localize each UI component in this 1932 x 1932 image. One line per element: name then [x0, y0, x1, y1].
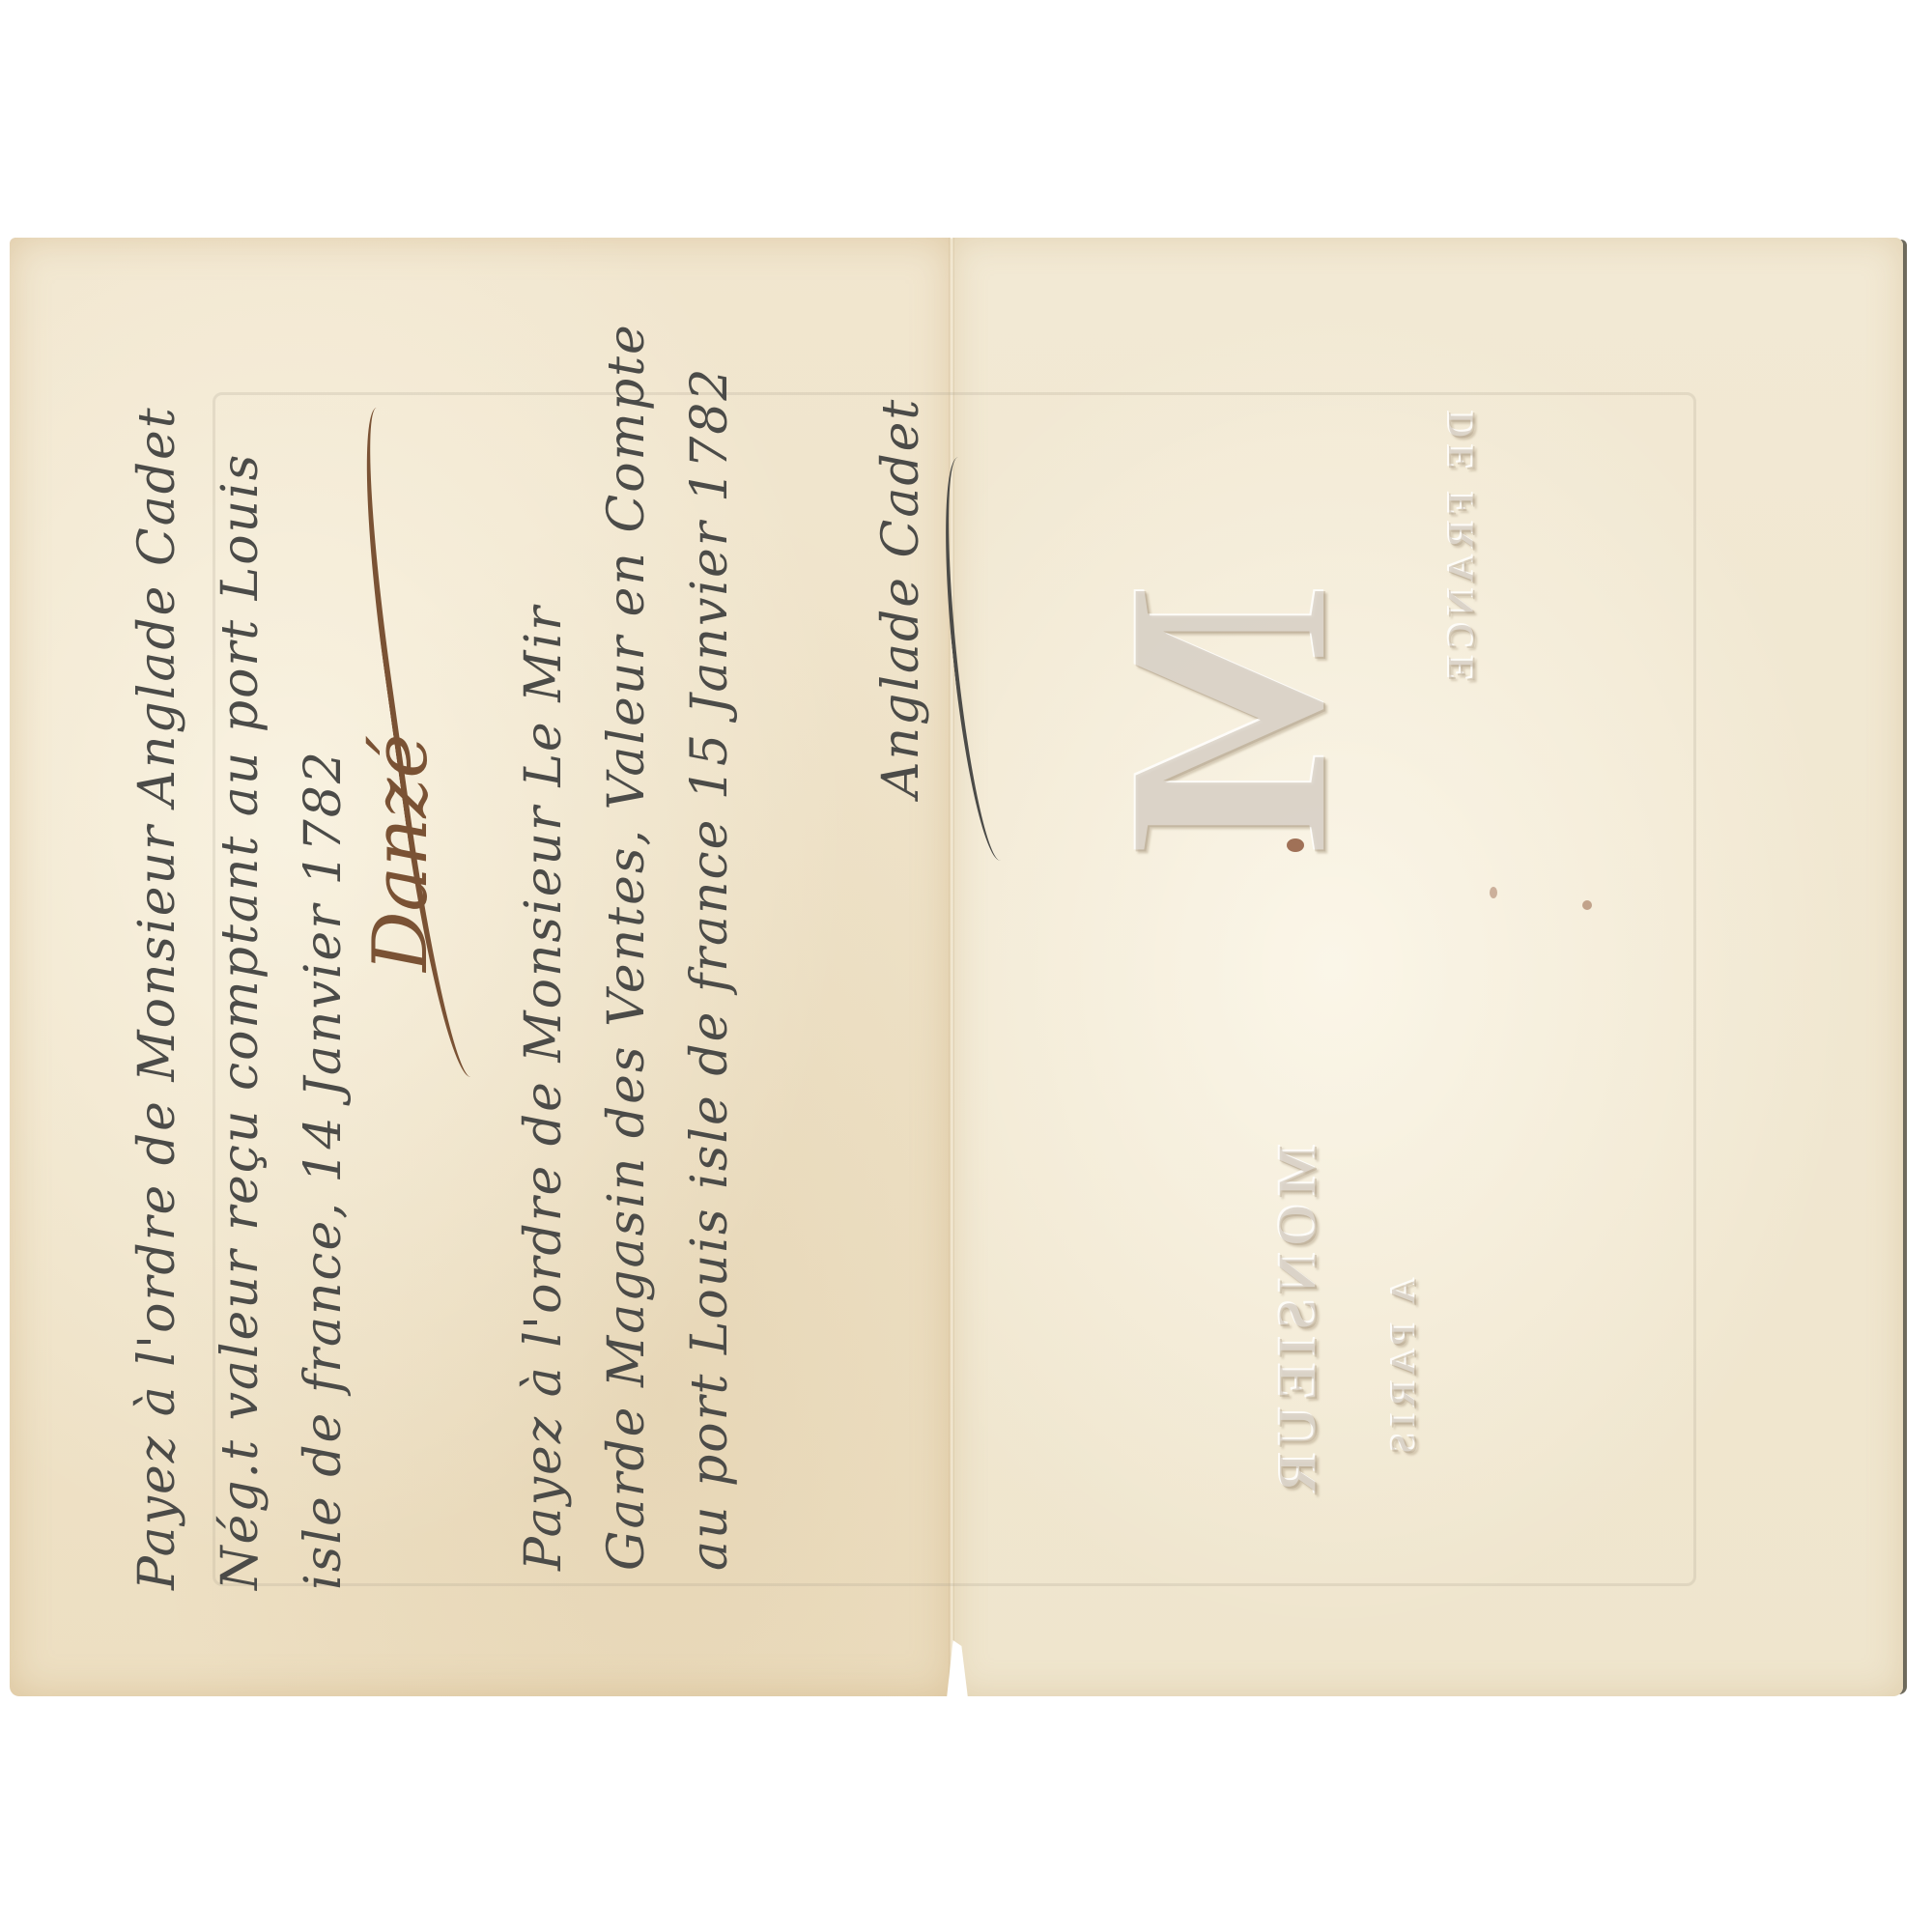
ink-stain — [1490, 887, 1497, 898]
endorsement-1-line-2: Nég.t valeur reçu comptant au port Louis — [199, 406, 282, 1590]
embossed-text-top: DE FRANCE — [1439, 412, 1485, 688]
endorsement-2-line-1: Payez à l'ordre de Monsieur Le Mir — [502, 323, 585, 1571]
endorsement-1: Payez à l'ordre de Monsieur Anglade Cade… — [116, 406, 365, 1590]
document-sheet: M DE FRANCE MONSIEUR A PARIS Payez à l'o… — [10, 238, 1922, 1696]
endorsement-1-line-3: isle de france, 14 Janvier 1782 — [282, 406, 365, 1590]
embossed-text-monsieur: MONSIEUR — [1265, 1146, 1330, 1500]
embossed-monogram: M — [1062, 586, 1395, 860]
endorsement-1-line-1: Payez à l'ordre de Monsieur Anglade Cade… — [116, 406, 199, 1590]
endorsement-2-line-3: au port Louis isle de france 15 Janvier … — [668, 323, 752, 1571]
embossed-text-paris: A PARIS — [1383, 1279, 1426, 1461]
endorsement-2: Payez à l'ordre de Monsieur Le Mir Garde… — [502, 323, 752, 1571]
endorsement-2-line-2: Garde Magasin des Ventes, Valeur en Comp… — [585, 323, 668, 1571]
signature-anglade: Anglade Cadet — [860, 398, 943, 798]
ink-stain — [1287, 838, 1304, 852]
ink-stain — [1582, 900, 1592, 910]
